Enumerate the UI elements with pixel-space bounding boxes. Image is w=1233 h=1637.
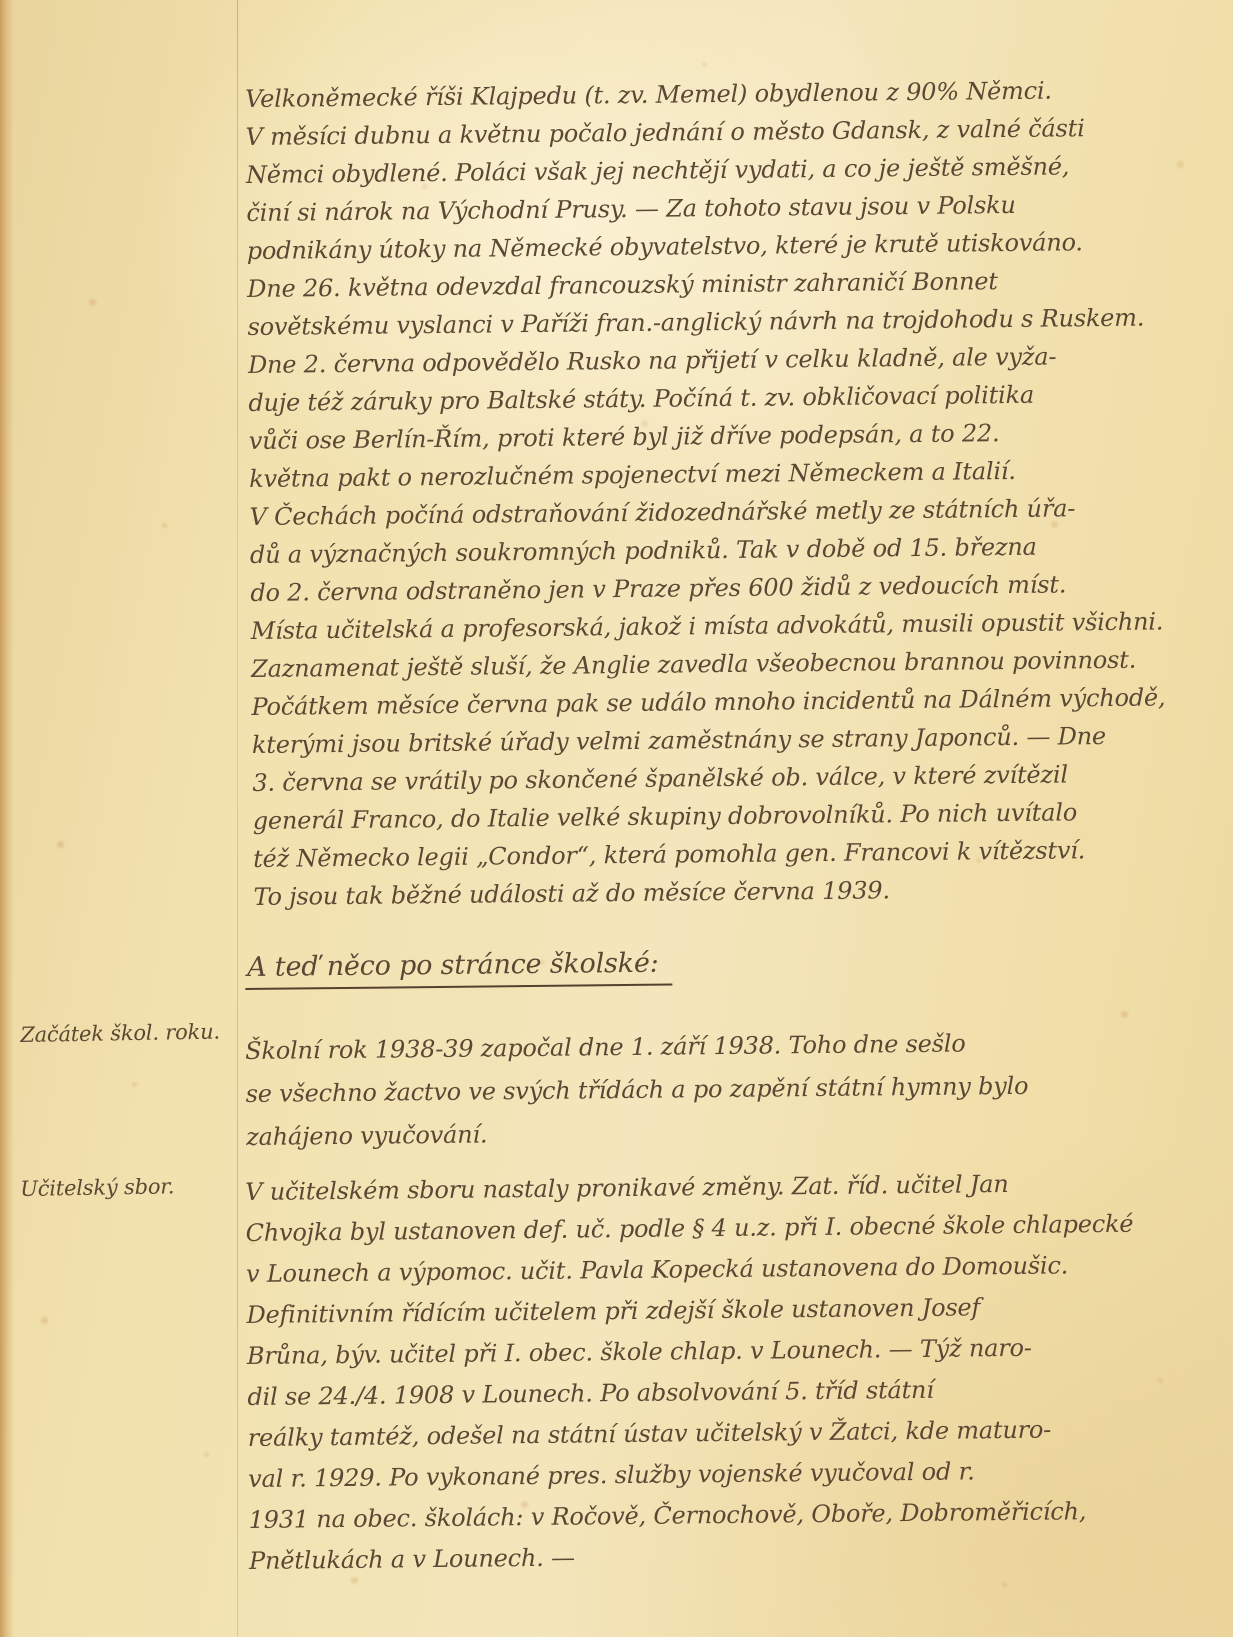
paragraph-teaching-staff: V učitelském sboru nastaly pronikavé změ…: [245, 1162, 1189, 1582]
margin-note-teaching-staff: Učitelský sbor.: [20, 1172, 230, 1202]
margin-rule-line: [237, 0, 238, 1637]
binding-edge: [0, 0, 14, 1637]
paper-age-spots: [0, 0, 5, 5]
chronicle-page: Velkoněmecké říši Klajpedu (t. zv. Memel…: [0, 0, 1233, 1637]
text-line: Pnětlukách a v Lounech. —: [249, 1531, 1189, 1582]
paragraph-world-events: Velkoněmecké říši Klajpedu (t. zv. Memel…: [245, 70, 1194, 916]
section-heading-wrap: A teď něco po stránce školské:: [245, 948, 673, 990]
paragraph-school-year-start: Školní rok 1938-39 započal dne 1. září 1…: [245, 1020, 1186, 1159]
section-heading: A teď něco po stránce školské:: [245, 948, 673, 990]
text-line: zahájeno vyučování.: [246, 1106, 1186, 1159]
margin-note-school-year-start: Začátek škol. roku.: [20, 1018, 230, 1048]
